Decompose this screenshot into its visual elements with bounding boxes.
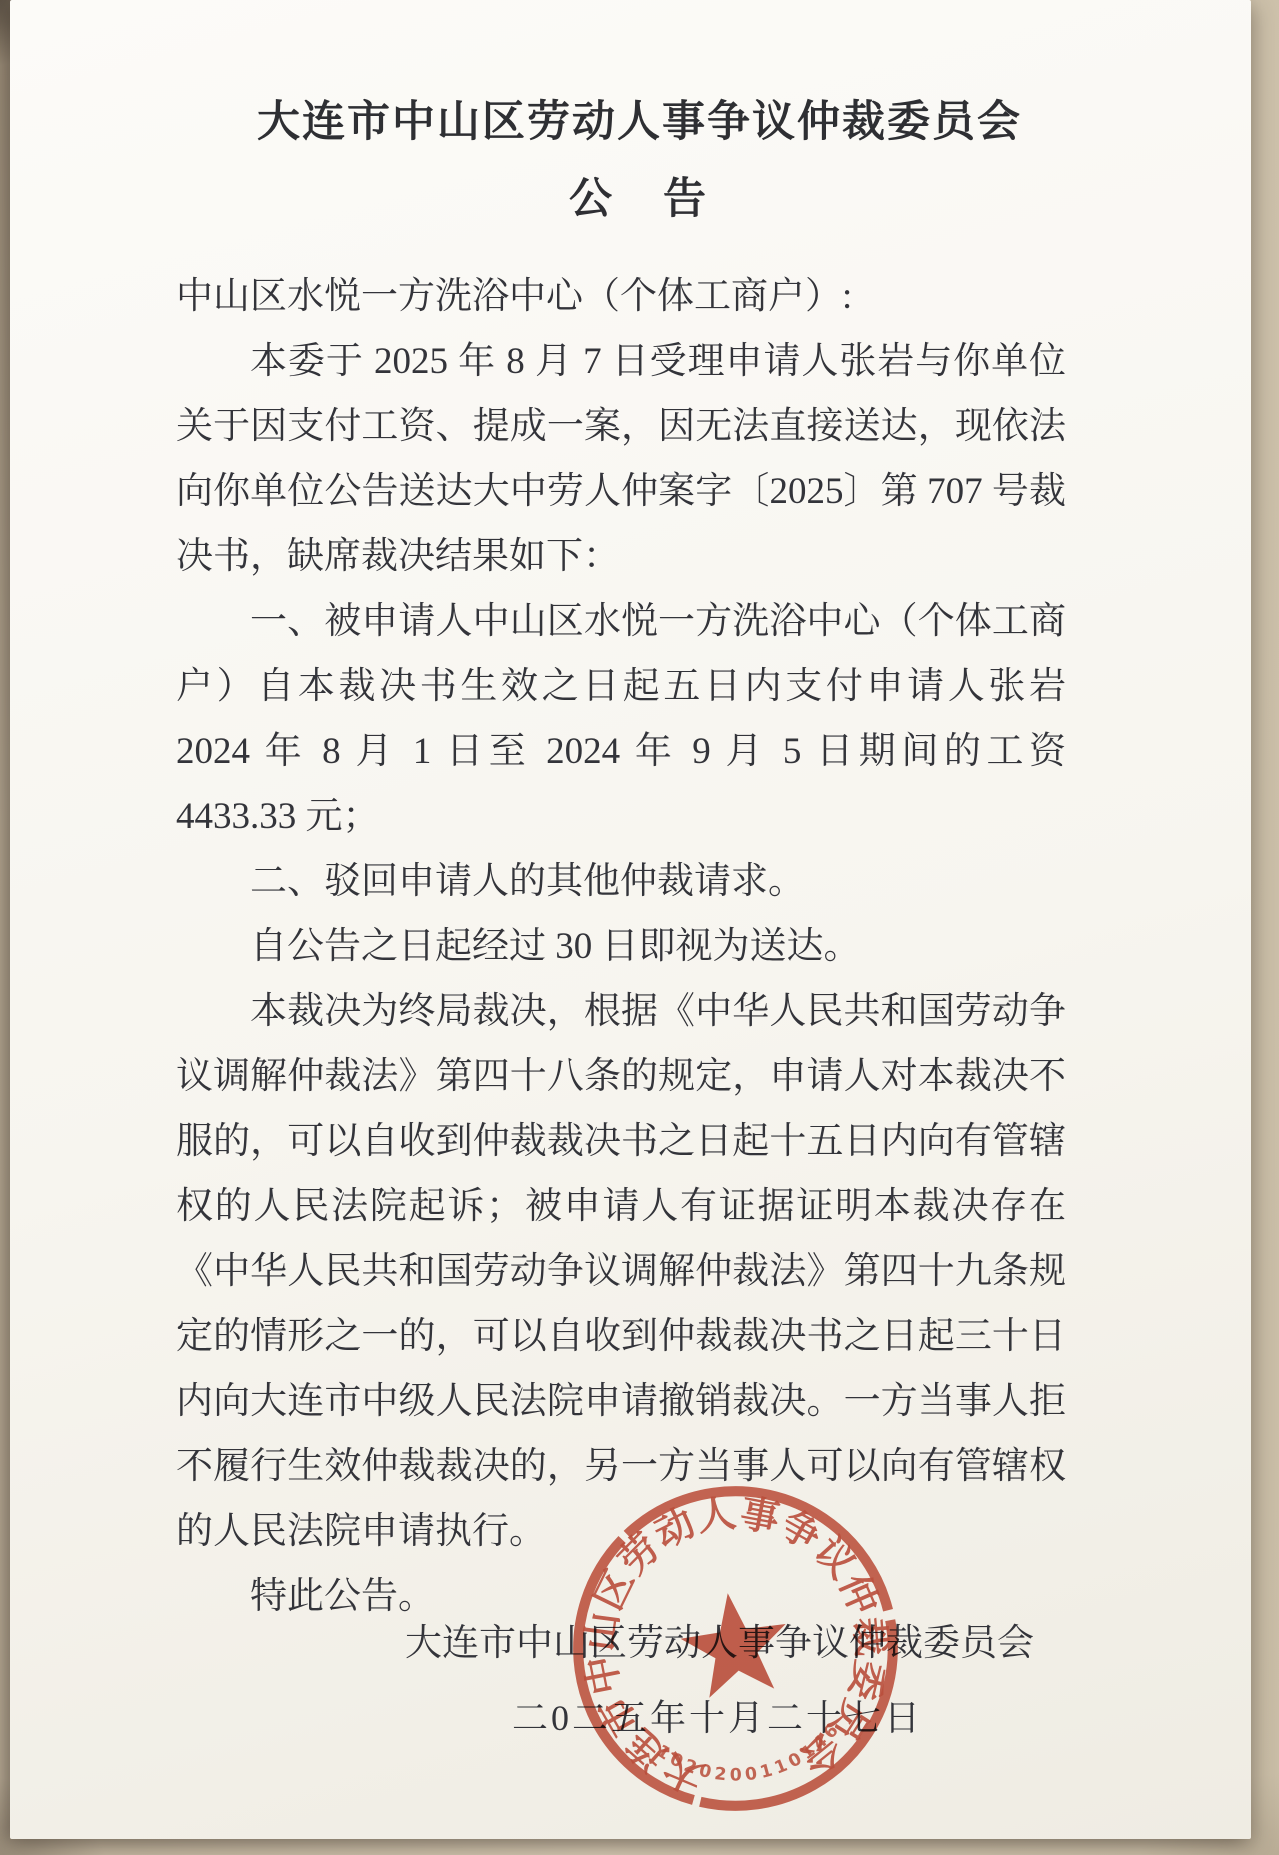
signature-date: 二0二五年十月二十七日 bbox=[512, 1690, 923, 1741]
recipient-line: 中山区水悦一方洗浴中心（个体工商户）: bbox=[176, 264, 1066, 329]
document-body: 中山区水悦一方洗浴中心（个体工商户）: 本委于 2025 年 8 月 7 日受理… bbox=[176, 264, 1066, 1629]
committee-title: 大连市中山区劳动人事争议仲裁委员会 bbox=[0, 88, 1279, 149]
paragraph-award-item-2: 二、驳回申请人的其他仲裁请求。 bbox=[176, 849, 1066, 914]
paragraph-legal-remedies: 本裁决为终局裁决，根据《中华人民共和国劳动争议调解仲裁法》第四十八条的规定，申请… bbox=[176, 979, 1066, 1564]
announcement-title: 公 告 bbox=[0, 165, 1279, 226]
document-photo: 大连市中山区劳动人事争议仲裁委员会 公 告 中山区水悦一方洗浴中心（个体工商户）… bbox=[0, 0, 1279, 1855]
paragraph-service-period: 自公告之日起经过 30 日即视为送达。 bbox=[176, 914, 1066, 979]
signature-organization: 大连市中山区劳动人事争议仲裁委员会 bbox=[405, 1612, 1034, 1666]
document-header: 大连市中山区劳动人事争议仲裁委员会 公 告 bbox=[0, 88, 1279, 226]
paragraph-case-intro: 本委于 2025 年 8 月 7 日受理申请人张岩与你单位关于因支付工资、提成一… bbox=[176, 329, 1066, 589]
paragraph-award-item-1: 一、被申请人中山区水悦一方洗浴中心（个体工商户）自本裁决书生效之日起五日内支付申… bbox=[176, 589, 1066, 849]
